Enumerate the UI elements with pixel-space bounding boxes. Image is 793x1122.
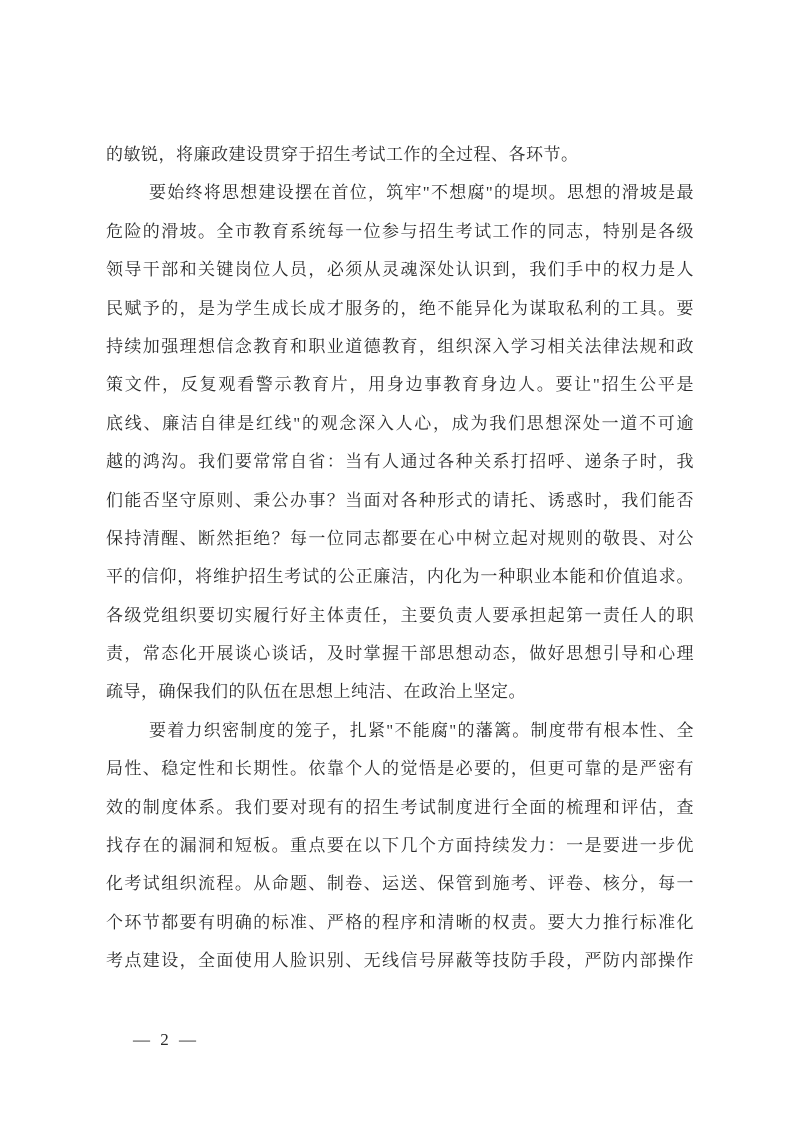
text-line: 底线、廉洁自律是红线"的观念深入人心，成为我们思想深处一道不可逾 (106, 405, 694, 443)
text-line: 要着力织密制度的笼子，扎紧"不能腐"的藩篱。制度带有根本性、全 (106, 712, 694, 750)
text-line: 效的制度体系。我们要对现有的招生考试制度进行全面的梳理和评估，查 (106, 789, 694, 827)
text-line: 化考试组织流程。从命题、制卷、运送、保管到施考、评卷、核分，每一 (106, 865, 694, 903)
text-line: 要始终将思想建设摆在首位，筑牢"不想腐"的堤坝。思想的滑坡是最 (106, 174, 694, 212)
text-line: 民赋予的，是为学生成长成才服务的，绝不能异化为谋取私利的工具。要 (106, 290, 694, 328)
text-line: 考点建设，全面使用人脸识别、无线信号屏蔽等技防手段，严防内部操作 (106, 942, 694, 980)
text-line: 持续加强理想信念教育和职业道德教育，组织深入学习相关法律法规和政 (106, 328, 694, 366)
text-line: 平的信仰，将维护招生考试的公正廉洁，内化为一种职业本能和价值追求。 (106, 558, 694, 596)
text-line: 策文件，反复观看警示教育片，用身边事教育身边人。要让"招生公平是 (106, 366, 694, 404)
text-line: 保持清醒、断然拒绝？每一位同志都要在心中树立起对规则的敬畏、对公 (106, 520, 694, 558)
text-line: 的敏锐，将廉政建设贯穿于招生考试工作的全过程、各环节。 (106, 136, 694, 174)
document-page: 的敏锐，将廉政建设贯穿于招生考试工作的全过程、各环节。 要始终将思想建设摆在首位… (0, 0, 793, 1122)
text-line: 危险的滑坡。全市教育系统每一位参与招生考试工作的同志，特别是各级 (106, 213, 694, 251)
text-line: 找存在的漏洞和短板。重点要在以下几个方面持续发力：一是要进一步优 (106, 827, 694, 865)
text-line: 越的鸿沟。我们要常常自省：当有人通过各种关系打招呼、递条子时，我 (106, 443, 694, 481)
text-line: 局性、稳定性和长期性。依靠个人的觉悟是必要的，但更可靠的是严密有 (106, 750, 694, 788)
page-number: — 2 — (133, 1030, 199, 1050)
text-line: 责，常态化开展谈心谈话，及时掌握干部思想动态，做好思想引导和心理 (106, 635, 694, 673)
document-body-text: 的敏锐，将廉政建设贯穿于招生考试工作的全过程、各环节。 要始终将思想建设摆在首位… (106, 136, 694, 981)
text-line: 们能否坚守原则、秉公办事？当面对各种形式的请托、诱惑时，我们能否 (106, 482, 694, 520)
text-line: 个环节都要有明确的标准、严格的程序和清晰的权责。要大力推行标准化 (106, 904, 694, 942)
text-line: 各级党组织要切实履行好主体责任，主要负责人要承担起第一责任人的职 (106, 597, 694, 635)
text-line: 疏导，确保我们的队伍在思想上纯洁、在政治上坚定。 (106, 673, 694, 711)
text-line: 领导干部和关键岗位人员，必须从灵魂深处认识到，我们手中的权力是人 (106, 251, 694, 289)
